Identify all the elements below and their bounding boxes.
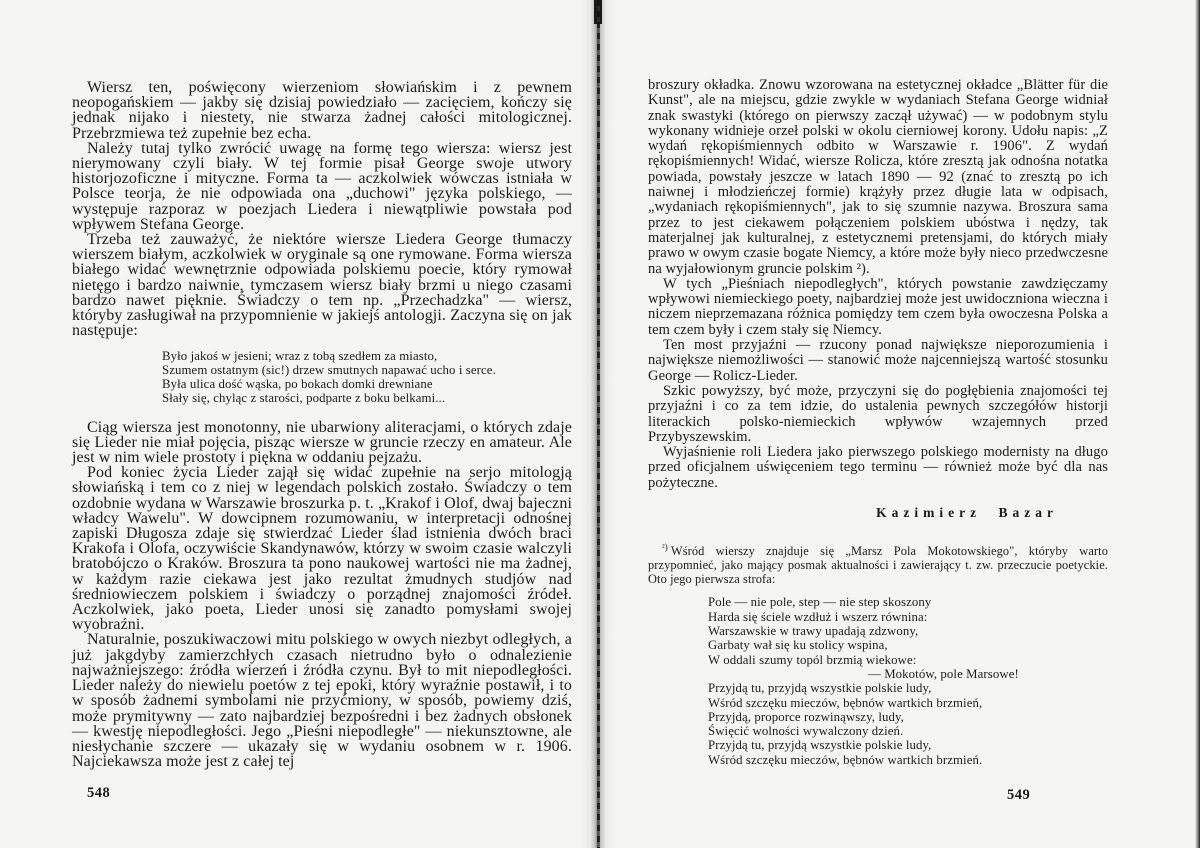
right-page: broszury okładka. Znowu wzorowana na est… bbox=[648, 78, 1108, 767]
footnote: ²)Wśród wierszy znajduje się „Marsz Pola… bbox=[648, 540, 1108, 767]
page-edge-shadow bbox=[1195, 0, 1200, 848]
page-number: 548 bbox=[87, 785, 110, 802]
paragraph: Wiersz ten, poświęcony wierzeniom słowia… bbox=[72, 80, 572, 141]
poem-line: Warszawskie w trawy upadają zdzwony, bbox=[708, 624, 1108, 638]
poem-line: Słały się, chyląc z starości, podparte z… bbox=[162, 392, 572, 406]
paragraph: Ten most przyjaźni — rzucony ponad najwi… bbox=[648, 338, 1108, 384]
poem-line: Przyjdą tu, przyjdą wszystkie polskie lu… bbox=[708, 681, 1108, 695]
paragraph: Trzeba też zauważyć, że niektóre wiersze… bbox=[72, 232, 572, 338]
poem-line: Przyjdą tu, przyjdą wszystkie polskie lu… bbox=[708, 738, 1108, 752]
poem-line: Przyjdą, proporce rozwinąwszy, ludy, bbox=[708, 710, 1108, 724]
footnote-marker: ²) bbox=[662, 542, 668, 552]
poem-line: Pole — nie pole, step — nie step skoszon… bbox=[708, 595, 1108, 609]
book-gutter-shadow bbox=[580, 0, 616, 848]
paragraph: Pod koniec życia Lieder zajął się widać … bbox=[72, 465, 572, 632]
paragraph: Wyjaśnienie roli Liedera jako pierwszego… bbox=[648, 445, 1108, 491]
paragraph: Naturalnie, poszukiwaczowi mitu polskieg… bbox=[72, 632, 572, 769]
paragraph: Należy tutaj tylko zwrócić uwagę na form… bbox=[72, 141, 572, 232]
poem-line: Święcić wolności wywalczony dzień. bbox=[708, 724, 1108, 738]
poem-line: Było jakoś w jesieni; wraz z tobą szedłe… bbox=[162, 350, 572, 364]
paragraph: W tych „Pieśniach niepodległych", któryc… bbox=[648, 277, 1108, 338]
poem-line: — Mokotów, pole Marsowe! bbox=[868, 667, 1108, 681]
footnote-poem: Pole — nie pole, step — nie step skoszon… bbox=[708, 595, 1108, 767]
author-signature: Kazimierz Bazar bbox=[648, 505, 1108, 520]
poem-line: Wśród szczęku mieczów, bębnów wartkich b… bbox=[708, 696, 1108, 710]
paragraph: broszury okładka. Znowu wzorowana na est… bbox=[648, 78, 1108, 277]
poem-line: Garbaty wał się ku stolicy wspina, bbox=[708, 638, 1108, 652]
poem-excerpt: Było jakoś w jesieni; wraz z tobą szedłe… bbox=[162, 350, 572, 405]
poem-line: Wśród szczęku mieczów, bębnów wartkich b… bbox=[708, 753, 1108, 767]
footnote-text: ²)Wśród wierszy znajduje się „Marsz Pola… bbox=[648, 540, 1108, 586]
footnote-body: Wśród wierszy znajduje się „Marsz Pola M… bbox=[648, 544, 1108, 586]
poem-line: Szumem ostatnym (sic!) drzew smutnych na… bbox=[162, 364, 572, 378]
poem-line: W oddali szumy topól brzmią wiekowe: bbox=[708, 653, 1108, 667]
book-spread: Wiersz ten, poświęcony wierzeniom słowia… bbox=[0, 0, 1200, 848]
paragraph: Szkic powyższy, być może, przyczyni się … bbox=[648, 384, 1108, 445]
poem-line: Harda się ściele wzdłuż i wszerz równina… bbox=[708, 610, 1108, 624]
page-number: 549 bbox=[1007, 787, 1030, 804]
paragraph: Ciąg wiersza jest monotonny, nie ubarwio… bbox=[72, 420, 572, 466]
left-page: Wiersz ten, poświęcony wierzeniom słowia… bbox=[72, 80, 572, 769]
poem-line: Była ulica dość wąska, po bokach domki d… bbox=[162, 378, 572, 392]
